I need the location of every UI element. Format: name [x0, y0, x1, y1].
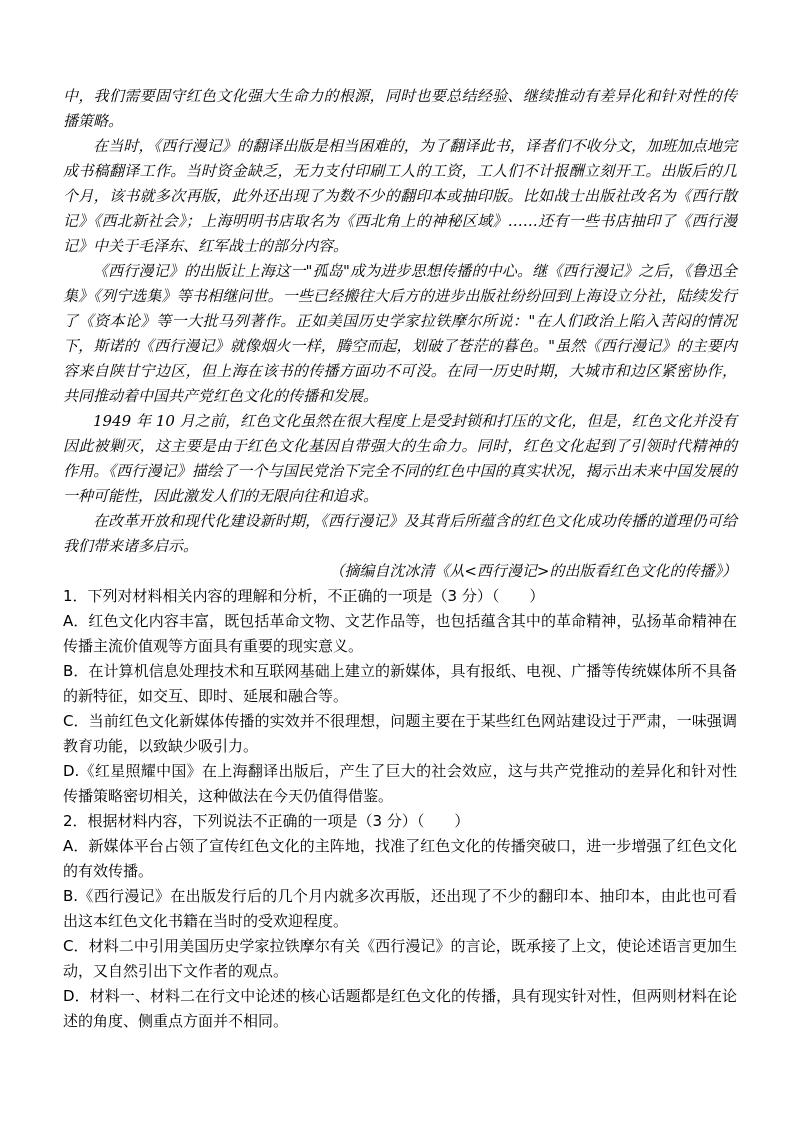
- question-2-option-b: B.《西行漫记》在出版发行后的几个月内就多次再版，还出现了不少的翻印本、抽印本，…: [63, 884, 737, 934]
- question-2-option-a: A．新媒体平台占领了宣传红色文化的主阵地，找准了红色文化的传播突破口，进一步增强…: [63, 834, 737, 884]
- passage-citation: （摘编自沈冰清《从<西行漫记>的出版看红色文化的传播》）: [63, 559, 737, 584]
- passage-paragraph-2: 在当时，《西行漫记》的翻译出版是相当困难的，为了翻译此书，译者们不收分文，加班加…: [63, 134, 737, 259]
- question-1-option-a: A．红色文化内容丰富，既包括革命文物、文艺作品等，也包括蕴含其中的革命精神，弘扬…: [63, 609, 737, 659]
- passage-paragraph-5: 在改革开放和现代化建设新时期，《西行漫记》及其背后所蕴含的红色文化成功传播的道理…: [63, 509, 737, 559]
- question-2-option-d: D．材料一、材料二在行文中论述的核心话题都是红色文化的传播，具有现实针对性，但两…: [63, 984, 737, 1034]
- question-1-option-d: D.《红星照耀中国》在上海翻译出版后，产生了巨大的社会效应，这与共产党推动的差异…: [63, 759, 737, 809]
- reading-passage: 中，我们需要固守红色文化强大生命力的根源，同时也要总结经验、继续推动有差异化和针…: [63, 84, 737, 584]
- question-2-stem: 2．根据材料内容，下列说法不正确的一项是（3 分）（ ）: [63, 809, 737, 834]
- question-2-option-c: C．材料二中引用美国历史学家拉铁摩尔有关《西行漫记》的言论，既承接了上文，使论述…: [63, 934, 737, 984]
- question-1-stem: 1．下列对材料相关内容的理解和分析，不正确的一项是（3 分）（ ）: [63, 584, 737, 609]
- passage-paragraph-4: 1949 年 10 月之前，红色文化虽然在很大程度上是受封锁和打压的文化，但是，…: [63, 409, 737, 509]
- passage-paragraph-3: 《西行漫记》的出版让上海这一"孤岛"成为进步思想传播的中心。继《西行漫记》之后，…: [63, 259, 737, 409]
- question-1-option-c: C．当前红色文化新媒体传播的实效并不很理想，问题主要在于某些红色网站建设过于严肃…: [63, 709, 737, 759]
- question-1-option-b: B．在计算机信息处理技术和互联网基础上建立的新媒体，具有报纸、电视、广播等传统媒…: [63, 659, 737, 709]
- passage-paragraph-1: 中，我们需要固守红色文化强大生命力的根源，同时也要总结经验、继续推动有差异化和针…: [63, 84, 737, 134]
- exam-page: 中，我们需要固守红色文化强大生命力的根源，同时也要总结经验、继续推动有差异化和针…: [0, 0, 794, 1123]
- questions-section: 1．下列对材料相关内容的理解和分析，不正确的一项是（3 分）（ ） A．红色文化…: [63, 584, 737, 1034]
